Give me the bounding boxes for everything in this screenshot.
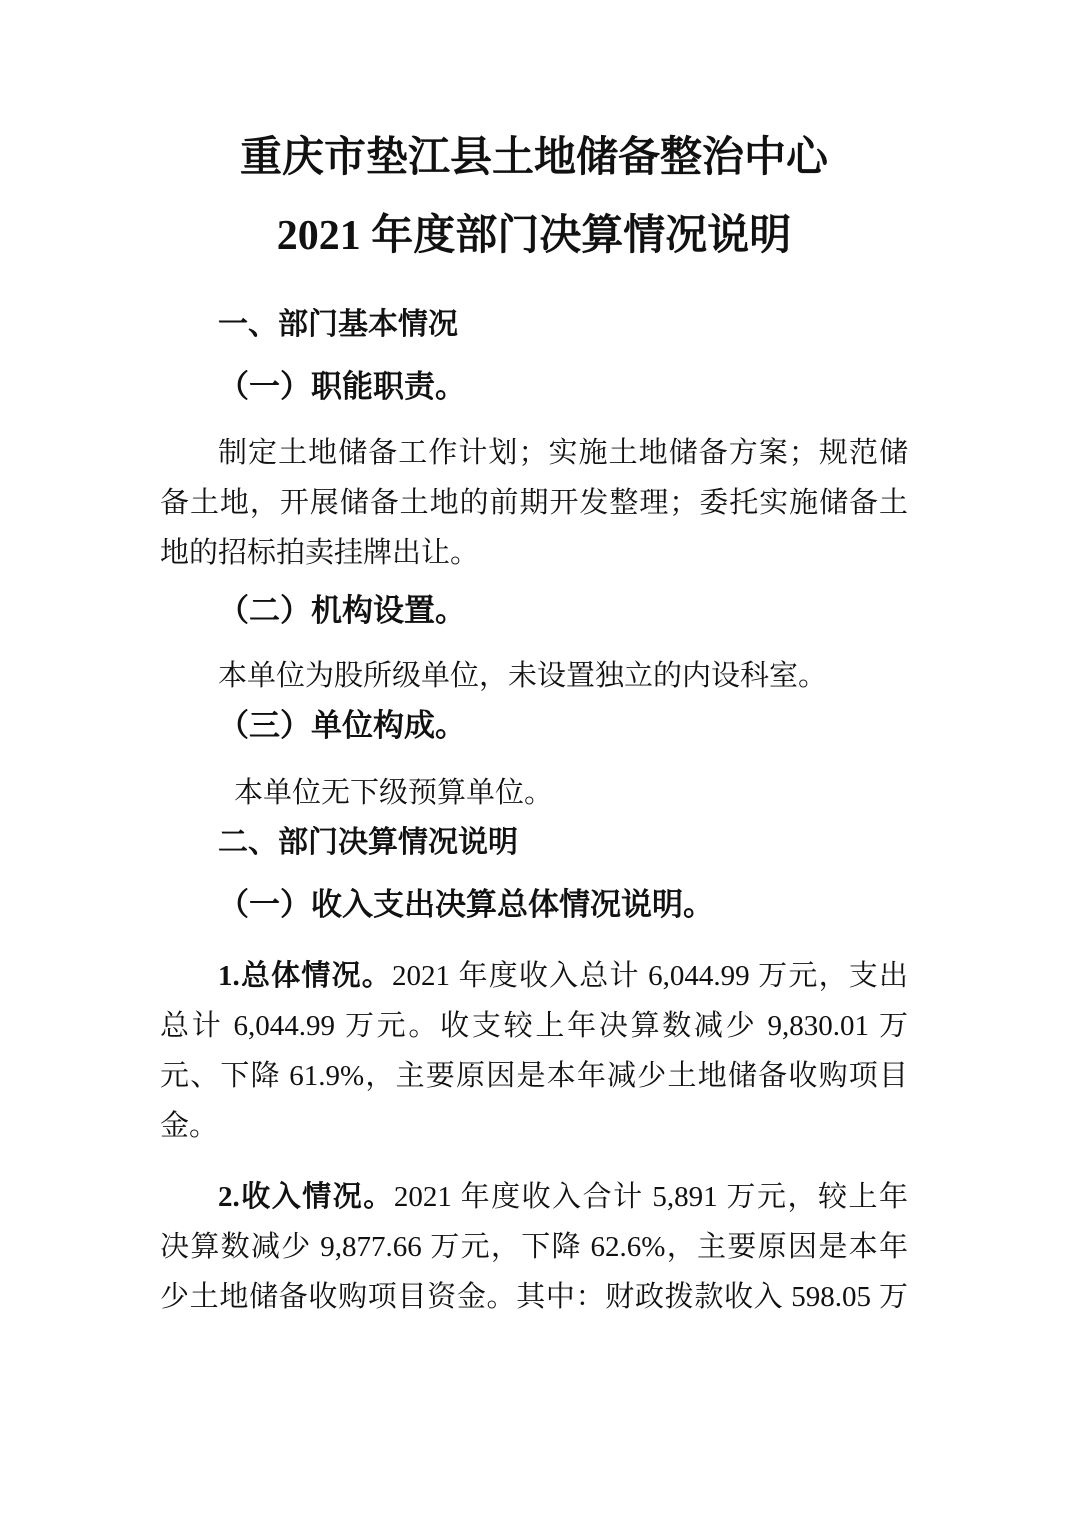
paragraph-line: 地的招标拍卖挂牌出让。 (160, 528, 908, 578)
paragraph-line: 本单位为股所级单位，未设置独立的内设科室。 (160, 651, 908, 701)
section-2-heading: 二、部门决算情况说明 (160, 818, 966, 868)
paragraph-lead-bold: 2.收入情况。 (218, 1181, 394, 1213)
paragraph-line: 决算数减少 9,877.66 万元，下降 62.6%，主要原因是本年减 (160, 1222, 908, 1272)
paragraph-text: 2021 年度收入总计 6,044.99 万元，支出 (392, 960, 908, 992)
document-title-line1: 重庆市垫江县土地储备整治中心 (160, 128, 908, 188)
paragraph-line: 总计 6,044.99 万元。收支较上年决算数减少 9,830.01 万 (160, 1001, 908, 1051)
paragraph-line: 2.收入情况。2021 年度收入合计 5,891 万元，较上年 (160, 1172, 908, 1222)
section-1-2-paragraph: 本单位为股所级单位，未设置独立的内设科室。 (160, 651, 908, 701)
paragraph-line: 金。 (160, 1101, 908, 1151)
paragraph-line: 备土地，开展储备土地的前期开发整理；委托实施储备土 (160, 478, 908, 528)
paragraph-line: 本单位无下级预算单位。 (160, 768, 908, 818)
paragraph-lead-bold: 1.总体情况。 (218, 960, 392, 992)
income-situation-paragraph: 2.收入情况。2021 年度收入合计 5,891 万元，较上年 决算数减少 9,… (160, 1172, 908, 1322)
paragraph-text: 2021 年度收入合计 5,891 万元，较上年 (394, 1181, 908, 1213)
paragraph-line: 少土地储备收购项目资金。其中：财政拨款收入 598.05 万 (160, 1272, 908, 1322)
overall-situation-paragraph: 1.总体情况。2021 年度收入总计 6,044.99 万元，支出 总计 6,0… (160, 951, 908, 1151)
paragraph-line: 制定土地储备工作计划；实施土地储备方案；规范储 (160, 428, 908, 478)
paragraph-line: 元、下降 61.9%，主要原因是本年减少土地储备收购项目资 (160, 1051, 908, 1101)
section-1-3-heading: （三）单位构成。 (160, 701, 966, 751)
section-1-3-paragraph: 本单位无下级预算单位。 (160, 768, 908, 818)
document-page: 重庆市垫江县土地储备整治中心 2021 年度部门决算情况说明 一、部门基本情况 … (0, 0, 1075, 1521)
section-1-1-heading: （一）职能职责。 (160, 362, 966, 412)
section-1-heading: 一、部门基本情况 (160, 300, 966, 350)
section-1-1-paragraph: 制定土地储备工作计划；实施土地储备方案；规范储 备土地，开展储备土地的前期开发整… (160, 428, 908, 578)
document-title-line2: 2021 年度部门决算情况说明 (160, 206, 908, 266)
section-1-2-heading: （二）机构设置。 (160, 586, 966, 636)
section-2-1-heading: （一）收入支出决算总体情况说明。 (160, 880, 966, 930)
paragraph-line: 1.总体情况。2021 年度收入总计 6,044.99 万元，支出 (160, 951, 908, 1001)
